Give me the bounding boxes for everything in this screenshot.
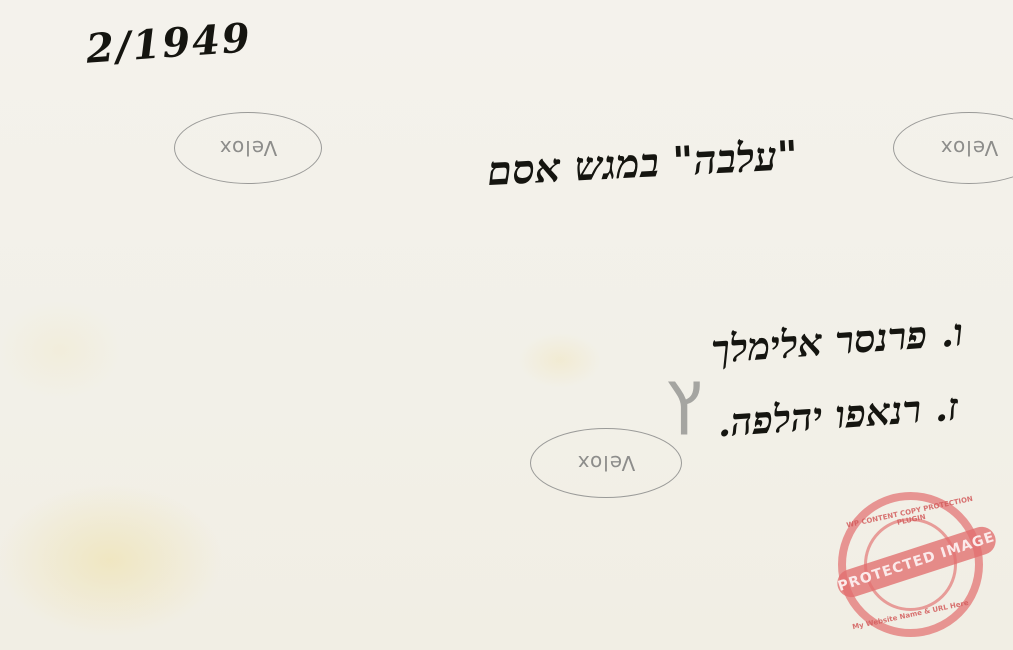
protected-image-watermark: WP CONTENT COPY PROTECTION PLUGIN PROTEC… bbox=[838, 492, 983, 637]
velox-stamp-upper-left: Velox bbox=[174, 112, 322, 184]
pencil-mark: ץ bbox=[665, 355, 703, 437]
velox-stamp-lower-center: Velox bbox=[530, 428, 682, 498]
